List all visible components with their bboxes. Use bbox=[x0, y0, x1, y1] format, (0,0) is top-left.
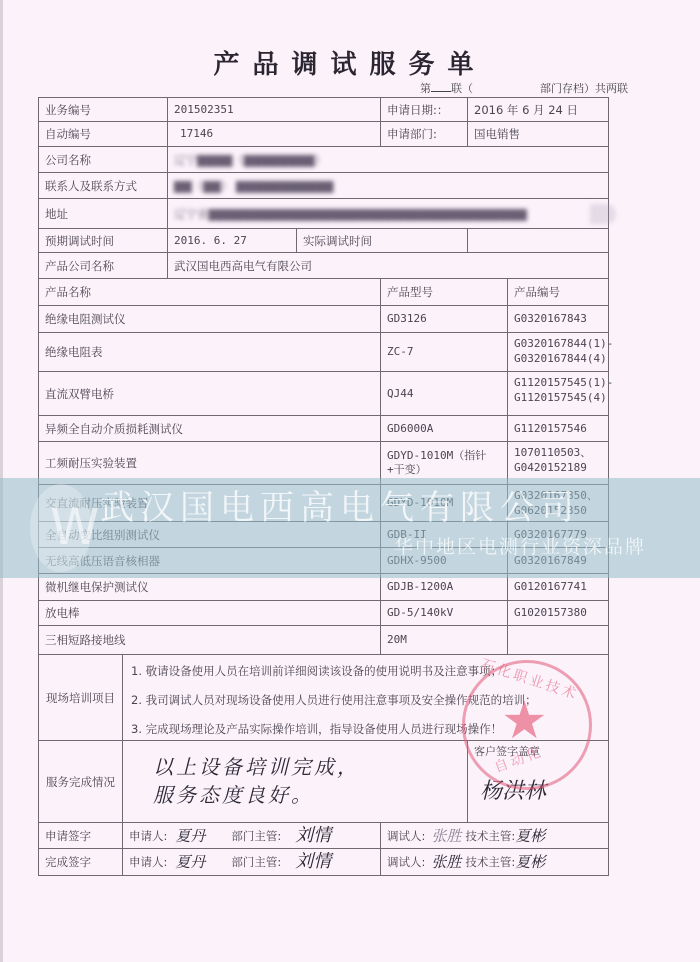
customer-sign-label: 客户签字盖章 bbox=[474, 745, 602, 759]
expected-time-label: 预期调试时间 bbox=[38, 228, 168, 253]
debugger-label: 调试人: bbox=[387, 829, 425, 843]
apply-date-label: 申请日期:： bbox=[380, 97, 468, 122]
product-model-cell: GDYD-1010M（指针+干变） bbox=[380, 441, 508, 485]
product-model-cell: 20M bbox=[380, 625, 508, 655]
apply-sign-left: 申请人: 夏丹 部门主管: 刘情 bbox=[122, 822, 381, 849]
contact-label: 联系人及联系方式 bbox=[38, 172, 168, 199]
product-name-cell: 异频全自动介质损耗测试仪 bbox=[38, 415, 381, 442]
product-model-cell: GDB-II bbox=[380, 521, 508, 548]
company-label: 公司名称 bbox=[38, 146, 168, 173]
product-number-line: G1020157380 bbox=[514, 606, 587, 620]
contact-value: ▇▇（▇▇） ▇▇▇▇▇▇▇▇▇▇▇ bbox=[167, 172, 609, 199]
product-header-number: 产品编号 bbox=[507, 278, 609, 306]
tech-manager-label: 技术主管: bbox=[465, 855, 515, 869]
tech-manager-signature: 夏彬 bbox=[515, 829, 545, 843]
copy-tail: 部门存档）共两联 bbox=[540, 80, 628, 96]
product-name-cell: 工频耐压实验装置 bbox=[38, 441, 381, 485]
actual-time-label: 实际调试时间 bbox=[296, 228, 468, 253]
manager-label: 部门主管: bbox=[231, 855, 281, 869]
product-name-cell: 放电棒 bbox=[38, 600, 381, 626]
product-number-cell: G1120157545(1)-G1120157545(4) bbox=[507, 371, 609, 416]
copy-number-blank bbox=[431, 81, 451, 92]
product-number-cell: G1120157546 bbox=[507, 415, 609, 442]
product-number-line: G0320167843 bbox=[514, 312, 587, 326]
service-label: 服务完成情况 bbox=[38, 740, 123, 823]
apply-dept-label: 申请部门: bbox=[380, 121, 468, 147]
copy-prefix: 第 bbox=[420, 82, 431, 95]
product-model-cell: GDHX-9500 bbox=[380, 547, 508, 574]
training-items: 1. 敬请设备使用人员在培训前详细阅读该设备的使用说明书及注意事项； 2. 我司… bbox=[122, 654, 609, 741]
apply-sign-label: 申请签字 bbox=[38, 822, 123, 849]
debugger-label: 调试人: bbox=[387, 855, 425, 869]
product-model-cell: GDYD-1010M bbox=[380, 484, 508, 522]
debugger-signature: 张胜 bbox=[431, 829, 461, 843]
product-name-cell: 绝缘电阻表 bbox=[38, 332, 381, 372]
copy-suffix: 联（ bbox=[451, 82, 473, 95]
customer-sign-box: 客户签字盖章 杨洪林 bbox=[467, 740, 609, 823]
product-name-cell: 全自动变比组别测试仪 bbox=[38, 521, 381, 548]
apply-dept-value: 国电销售 bbox=[467, 121, 609, 147]
product-number-line: G1120157545(4) bbox=[514, 390, 602, 405]
complete-sign-left: 申请人: 夏丹 部门主管: 刘情 bbox=[122, 848, 381, 876]
product-name-cell: 直流双臂电桥 bbox=[38, 371, 381, 416]
product-number-line: G0620152350 bbox=[514, 503, 602, 518]
applicant-signature: 夏丹 bbox=[175, 829, 231, 843]
product-model-cell: GDJB-1200A bbox=[380, 573, 508, 601]
tech-manager-signature: 夏彬 bbox=[515, 855, 545, 869]
product-model-cell: ZC-7 bbox=[380, 332, 508, 372]
auto-no-value: 17146 bbox=[167, 121, 381, 147]
company-value: 辽宁▇▇▇▇（▇▇▇▇▇▇▇▇） bbox=[167, 146, 609, 173]
product-number-cell: G0320167843 bbox=[507, 305, 609, 333]
copy-indicator: 第联（ 部门存档）共两联 bbox=[420, 80, 650, 96]
document-title: 产品调试服务单 bbox=[0, 44, 700, 81]
product-number-line: G0320167850、 bbox=[514, 488, 602, 503]
training-item: 2. 我司调试人员对现场设备使用人员进行使用注意事项及安全操作规范的培训； bbox=[131, 690, 600, 719]
product-name-cell: 无线高低压语音核相器 bbox=[38, 547, 381, 574]
address-value: 辽宁省▇▇▇▇▇▇▇▇▇▇▇▇▇▇▇▇▇▇▇▇▇▇▇▇▇▇▇▇▇▇▇▇▇▇▇▇ bbox=[167, 198, 609, 229]
expected-time-value: 2016. 6. 27 bbox=[167, 228, 297, 253]
product-number-line: G0320167849 bbox=[514, 554, 587, 568]
business-no-value: 201502351 bbox=[167, 97, 381, 122]
product-number-line: G0320167779 bbox=[514, 528, 587, 542]
apply-sign-right: 调试人: 张胜 技术主管: 夏彬 bbox=[380, 822, 609, 849]
product-number-cell: G0320167849 bbox=[507, 547, 609, 574]
product-number-cell: G0320167844(1)-G0320167844(4) bbox=[507, 332, 609, 372]
product-model-cell: QJ44 bbox=[380, 371, 508, 416]
product-number-line: G0320167844(1)- bbox=[514, 336, 602, 351]
apply-date-value: 2016 年 6 月 24 日 bbox=[467, 97, 609, 122]
training-label: 现场培训项目 bbox=[38, 654, 123, 741]
product-company-label: 产品公司名称 bbox=[38, 252, 168, 279]
address-label: 地址 bbox=[38, 198, 168, 229]
actual-time-value bbox=[467, 228, 609, 253]
business-no-label: 业务编号 bbox=[38, 97, 168, 122]
handwritten-remark-line: 以上设备培训完成， bbox=[153, 753, 467, 781]
manager-signature: 刘情 bbox=[295, 829, 331, 843]
product-number-line: G1120157546 bbox=[514, 422, 587, 436]
product-number-cell: G1020157380 bbox=[507, 600, 609, 626]
applicant-label: 申请人: bbox=[129, 829, 167, 843]
product-model-cell: GD-5/140kV bbox=[380, 600, 508, 626]
complete-sign-right: 调试人: 张胜 技术主管: 夏彬 bbox=[380, 848, 609, 876]
product-company-value: 武汉国电西高电气有限公司 bbox=[167, 252, 609, 279]
product-number-cell: G0320167779 bbox=[507, 521, 609, 548]
debugger-signature: 张胜 bbox=[431, 855, 461, 869]
product-number-line: 1070110503、 bbox=[514, 445, 602, 460]
product-number-line: G0420152189 bbox=[514, 460, 602, 475]
complete-sign-label: 完成签字 bbox=[38, 848, 123, 876]
product-model-cell: GD3126 bbox=[380, 305, 508, 333]
manager-signature: 刘情 bbox=[295, 855, 331, 869]
applicant-label: 申请人: bbox=[129, 855, 167, 869]
product-model-cell: GD6000A bbox=[380, 415, 508, 442]
auto-no-label: 自动编号 bbox=[38, 121, 168, 147]
product-number-line: G1120157545(1)- bbox=[514, 375, 602, 390]
address-redacted: 辽宁省▇▇▇▇▇▇▇▇▇▇▇▇▇▇▇▇▇▇▇▇▇▇▇▇▇▇▇▇▇▇▇▇▇▇▇▇ bbox=[174, 207, 527, 221]
product-header-name: 产品名称 bbox=[38, 278, 381, 306]
applicant-signature: 夏丹 bbox=[175, 855, 231, 869]
manager-label: 部门主管: bbox=[231, 829, 281, 843]
product-name-cell: 绝缘电阻测试仪 bbox=[38, 305, 381, 333]
product-name-cell: 交直流耐压实验装置 bbox=[38, 484, 381, 522]
product-number-cell bbox=[507, 625, 609, 655]
product-number-line: G0320167844(4) bbox=[514, 351, 602, 366]
product-name-cell: 三相短路接地线 bbox=[38, 625, 381, 655]
product-number-line: G0120167741 bbox=[514, 580, 587, 594]
service-remarks: 以上设备培训完成， 服务态度良好。 bbox=[122, 740, 468, 823]
address-redaction-overhang bbox=[590, 204, 616, 224]
training-item: 1. 敬请设备使用人员在培训前详细阅读该设备的使用说明书及注意事项； bbox=[131, 661, 600, 690]
paper-edge bbox=[0, 0, 3, 962]
customer-signature: 杨洪林 bbox=[480, 785, 602, 799]
contact-redacted: ▇▇（▇▇） ▇▇▇▇▇▇▇▇▇▇▇ bbox=[174, 179, 333, 193]
product-number-cell: G0120167741 bbox=[507, 573, 609, 601]
product-number-cell: G0320167850、G0620152350 bbox=[507, 484, 609, 522]
product-name-cell: 微机继电保护测试仪 bbox=[38, 573, 381, 601]
product-number-cell: 1070110503、G0420152189 bbox=[507, 441, 609, 485]
product-header-model: 产品型号 bbox=[380, 278, 508, 306]
tech-manager-label: 技术主管: bbox=[465, 829, 515, 843]
handwritten-remark-line: 服务态度良好。 bbox=[153, 781, 467, 809]
company-name-redacted: 辽宁▇▇▇▇（▇▇▇▇▇▇▇▇） bbox=[174, 153, 326, 167]
